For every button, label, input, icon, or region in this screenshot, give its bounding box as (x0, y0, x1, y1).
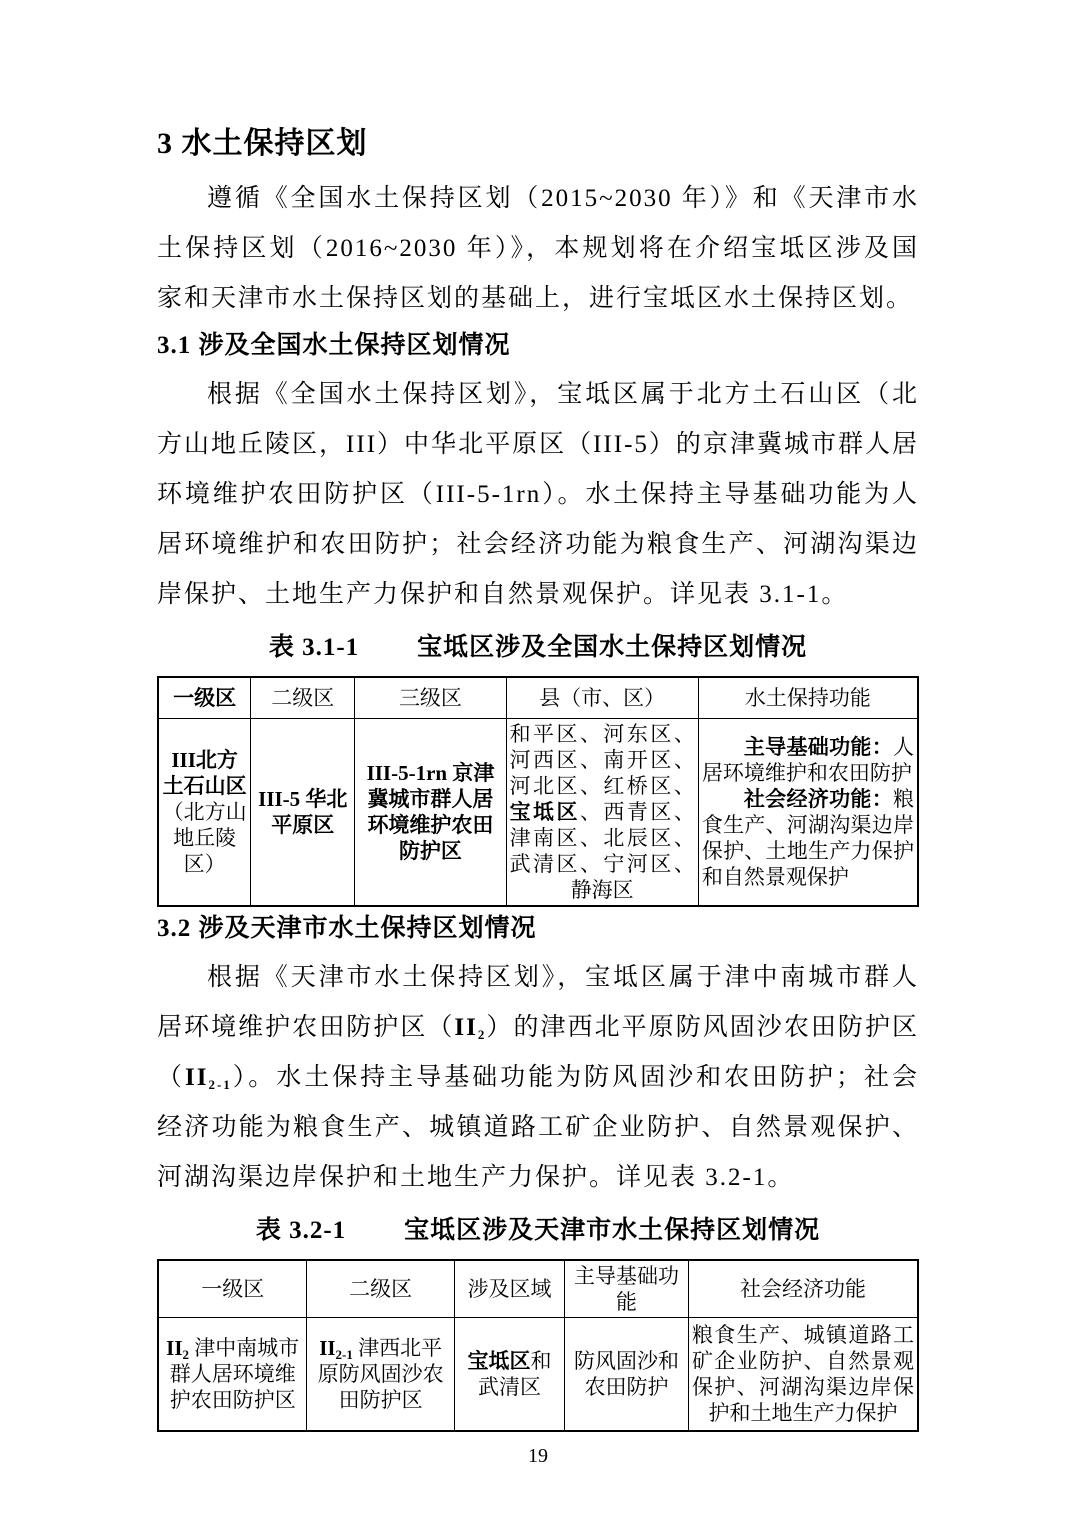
level1-zone-note: （北方山地丘陵区） (163, 800, 247, 876)
column-header-function: 水土保持功能 (698, 677, 918, 719)
region-highlight: 宝坻区 (467, 1349, 530, 1373)
column-header-socio-function: 社会经济功能 (688, 1260, 918, 1318)
column-header-level1: 一级区 (158, 677, 251, 719)
zone-code-base: II (166, 1336, 182, 1360)
table-3-1-1: 一级区 二级区 三级区 县（市、区） 水土保持功能 III北方土石山区（北方山地… (157, 676, 919, 907)
zone-code-base: II (454, 1014, 477, 1041)
column-header-basic-function: 主导基础功能 (565, 1260, 689, 1318)
table-caption-label: 表 3.2-1 (256, 1217, 346, 1244)
section-3-2-heading: 3.2 涉及天津市水土保持区划情况 (157, 913, 919, 945)
table-caption-title: 宝坻区涉及全国水土保持区划情况 (417, 634, 807, 661)
table-3-2-1-header-row: 一级区 二级区 涉及区域 主导基础功能 社会经济功能 (158, 1260, 918, 1318)
cell-functions: 主导基础功能：人居环境维护和农田防护 社会经济功能：粮食生产、河湖沟渠边岸保护、… (698, 719, 918, 907)
section-3-1-paragraph: 根据《全国水土保持区划》，宝坻区属于北方土石山区（北方山地丘陵区，III）中华北… (157, 370, 919, 620)
paragraph-segment: ）。水土保持主导基础功能为防风固沙和农田防护；社会经济功能为粮食生产、城镇道路工… (157, 1064, 919, 1191)
cell-counties: 和平区、河东区、河西区、南开区、河北区、红桥区、宝坻区、西青区、津南区、北辰区、… (506, 719, 698, 907)
basic-function-paragraph: 主导基础功能：人居环境维护和农田防护 (702, 734, 914, 786)
section-3-2-paragraph: 根据《天津市水土保持区划》，宝坻区属于津中南城市群人居环境维护农田防护区（II2… (157, 953, 919, 1203)
chapter-heading: 3 水土保持区划 (157, 126, 919, 162)
zone-code-subscript: 2 (183, 1347, 190, 1362)
table-3-2-1-caption: 表 3.2-1宝坻区涉及天津市水土保持区划情况 (157, 1215, 919, 1247)
zone-code-ii2: II2 (166, 1336, 189, 1360)
table-3-1-1-caption: 表 3.1-1宝坻区涉及全国水土保持区划情况 (157, 632, 919, 664)
intro-paragraph: 遵循《全国水土保持区划（2015~2030 年）》和《天津市水土保持区划（201… (157, 174, 919, 324)
table-row: III北方土石山区（北方山地丘陵区） III-5 华北平原区 III-5-1rn… (158, 719, 918, 907)
zone-code-subscript: 2-1 (208, 1077, 231, 1092)
section-3-1-heading: 3.1 涉及全国水土保持区划情况 (157, 330, 919, 362)
zone-code-ii2-1: II2-1 (185, 1064, 232, 1091)
column-header-level1: 一级区 (158, 1260, 307, 1318)
zone-code-ii2-1: II2-1 (319, 1336, 353, 1360)
zone-code-ii2: II2 (454, 1014, 486, 1041)
cell-level1-zone: III北方土石山区（北方山地丘陵区） (158, 719, 251, 907)
table-row: II2 津中南城市群人居环境维护农田防护区 II2-1 津西北平原防风固沙农田防… (158, 1318, 918, 1432)
table-caption-label: 表 3.1-1 (269, 634, 359, 661)
zone-code-subscript: 2-1 (336, 1347, 353, 1362)
counties-before: 和平区、河东区、河西区、南开区、河北区、红桥区、 (510, 722, 695, 798)
cell-level2-zone: II2-1 津西北平原防风固沙农田防护区 (307, 1318, 454, 1432)
column-header-counties: 县（市、区） (506, 677, 698, 719)
level1-zone-text: 津中南城市群人居环境维护农田防护区 (170, 1336, 300, 1412)
socio-function-label: 社会经济功能： (744, 787, 893, 811)
zone-code-base: II (319, 1336, 335, 1360)
document-page: 3 水土保持区划 遵循《全国水土保持区划（2015~2030 年）》和《天津市水… (157, 0, 919, 1468)
column-header-level3: 三级区 (355, 677, 506, 719)
cell-level2-zone: III-5 华北平原区 (251, 719, 355, 907)
column-header-level2: 二级区 (307, 1260, 454, 1318)
column-header-region: 涉及区域 (454, 1260, 564, 1318)
level1-zone-code: III北方土石山区 (163, 748, 247, 798)
zone-code-base: II (185, 1064, 208, 1091)
cell-socio-function: 粮食生产、城镇道路工矿企业防护、自然景观保护、河湖沟渠边岸保护和土地生产力保护 (688, 1318, 918, 1432)
cell-region: 宝坻区和武清区 (454, 1318, 564, 1432)
column-header-level2: 二级区 (251, 677, 355, 719)
table-3-1-1-header-row: 一级区 二级区 三级区 县（市、区） 水土保持功能 (158, 677, 918, 719)
cell-level1-zone: II2 津中南城市群人居环境维护农田防护区 (158, 1318, 307, 1432)
cell-basic-function: 防风固沙和农田防护 (565, 1318, 689, 1432)
socio-function-paragraph: 社会经济功能：粮食生产、河湖沟渠边岸保护、土地生产力保护和自然景观保护 (702, 786, 914, 890)
cell-level3-zone: III-5-1rn 京津冀城市群人居环境维护农田防护区 (355, 719, 506, 907)
page-number: 19 (157, 1444, 919, 1468)
table-3-2-1: 一级区 二级区 涉及区域 主导基础功能 社会经济功能 II2 津中南城市群人居环… (157, 1259, 919, 1432)
basic-function-label: 主导基础功能： (744, 735, 893, 759)
counties-highlight: 宝坻区 (510, 800, 580, 824)
table-caption-title: 宝坻区涉及天津市水土保持区划情况 (404, 1217, 820, 1244)
